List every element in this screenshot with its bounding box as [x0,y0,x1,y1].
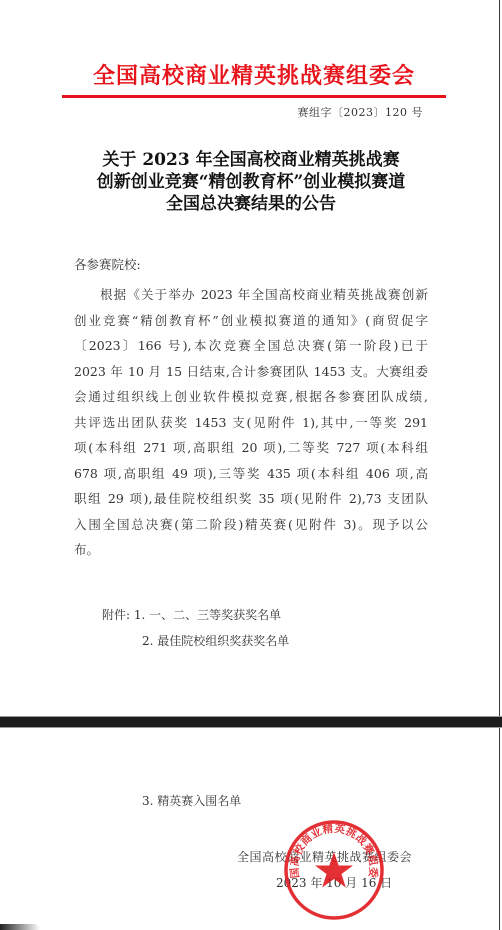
salutation: 各参赛院校: [74,255,141,273]
body-line: 项(本科组 271 项,高职组 20 项),二等奖 727 项(本科组 [74,435,428,461]
body-line: 入围全国总决赛(第二阶段)精英赛(见附件 3)。现予以公 [74,512,428,538]
document-page-2 [0,728,500,930]
attachment-item-3: 3. 精英赛入围名单 [142,792,241,809]
page-separator [0,716,502,728]
body-line: 〔2023〕166 号),本次竞赛全国总决赛(第一阶段)已于 [74,333,428,359]
body-line: 根据《关于举办 2023 年全国高校商业精英挑战赛创新 [74,282,428,308]
body-line: 2023 年 10 月 15 日结束,合计参赛团队 1453 支。大赛组委 [74,359,428,385]
attachment-item-1: 附件: 1. 一、二、三等奖获奖名单 [102,602,289,628]
body-line: 会通过组织线上创业软件模拟竞赛,根据各参赛团队成绩, [74,384,428,410]
body-line: 共评选出团队获奖 1453 支(见附件 1),其中,一等奖 291 [74,410,428,436]
body-paragraph: 根据《关于举办 2023 年全国高校商业精英挑战赛创新 创业竞赛“精创教育杯”创… [74,282,428,563]
title-line-1: 关于 2023 年全国高校商业精英挑战赛 [40,149,462,171]
body-line: 创业竞赛“精创教育杯”创业模拟赛道的通知》(商贸促字 [74,308,428,334]
body-line: 职组 29 项),最佳院校组织奖 35 项(见附件 2),73 支团队 [74,486,428,512]
red-header-rule [62,95,446,98]
page-corner-shadow [0,924,40,930]
organization-header: 全国高校商业精英挑战赛组委会 [62,62,446,92]
body-line: 布。 [74,537,428,563]
title-line-3: 全国总决赛结果的公告 [40,193,462,215]
official-seal-icon: 全国高校商业精英挑战赛组委会 [282,818,386,922]
document-title: 关于 2023 年全国高校商业精英挑战赛 创新创业竞赛“精创教育杯”创业模拟赛道… [40,149,462,215]
attachment-item-2: 2. 最佳院校组织奖获奖名单 [102,628,289,654]
attachments-list: 附件: 1. 一、二、三等奖获奖名单 2. 最佳院校组织奖获奖名单 [102,602,289,654]
body-line: 678 项,高职组 49 项),三等奖 435 项(本科组 406 项,高 [74,461,428,487]
title-line-2: 创新创业竞赛“精创教育杯”创业模拟赛道 [40,171,462,193]
document-page-1: 全国高校商业精英挑战赛组委会 赛组字〔2023〕120 号 关于 2023 年全… [0,0,500,716]
document-number: 赛组字〔2023〕120 号 [298,104,424,120]
attachments-label: 附件: [102,608,130,622]
